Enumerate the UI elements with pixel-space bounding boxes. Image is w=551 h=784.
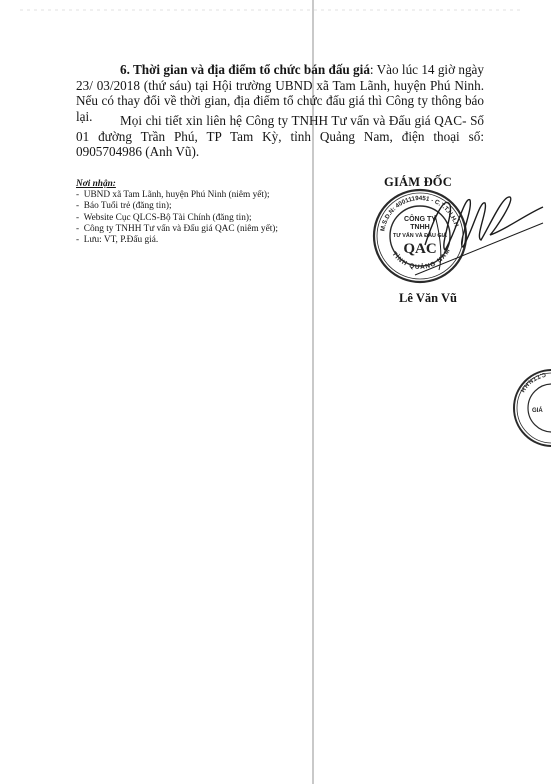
svg-text:C.T.T.N.H.H: C.T.T.N.H.H (519, 371, 547, 393)
contact-text: Mọi chi tiết xin liên hệ Công ty TNHH Tư… (76, 113, 484, 159)
recipient-item: Công ty TNHH Tư vấn và Đấu giá QAC (niêm… (76, 224, 278, 235)
handwritten-signature (395, 175, 545, 295)
svg-text:GIÁ: GIÁ (532, 407, 543, 414)
contact-paragraph: Mọi chi tiết xin liên hệ Công ty TNHH Tư… (76, 113, 484, 160)
scan-noise (20, 9, 520, 11)
recipient-item: Báo Tuổi trẻ (đăng tin); (76, 201, 278, 212)
recipients-block: Nơi nhận: UBND xã Tam Lãnh, huyện Phú Ni… (76, 179, 278, 246)
partial-seal-stamp: C.T.T.N.H.H GIÁ (512, 360, 551, 456)
recipients-list: UBND xã Tam Lãnh, huyện Phú Ninh (niêm y… (76, 190, 278, 246)
recipients-title: Nơi nhận: (76, 179, 278, 190)
signer-name: Lê Văn Vũ (399, 291, 457, 306)
recipient-item: UBND xã Tam Lãnh, huyện Phú Ninh (niêm y… (76, 190, 278, 201)
recipient-item: Lưu: VT, P.Đấu giá. (76, 235, 278, 246)
section-6-heading: 6. Thời gian và địa điểm tổ chức bán đấu… (120, 62, 370, 77)
recipient-item: Website Cục QLCS-Bộ Tài Chính (đăng tin)… (76, 213, 278, 224)
